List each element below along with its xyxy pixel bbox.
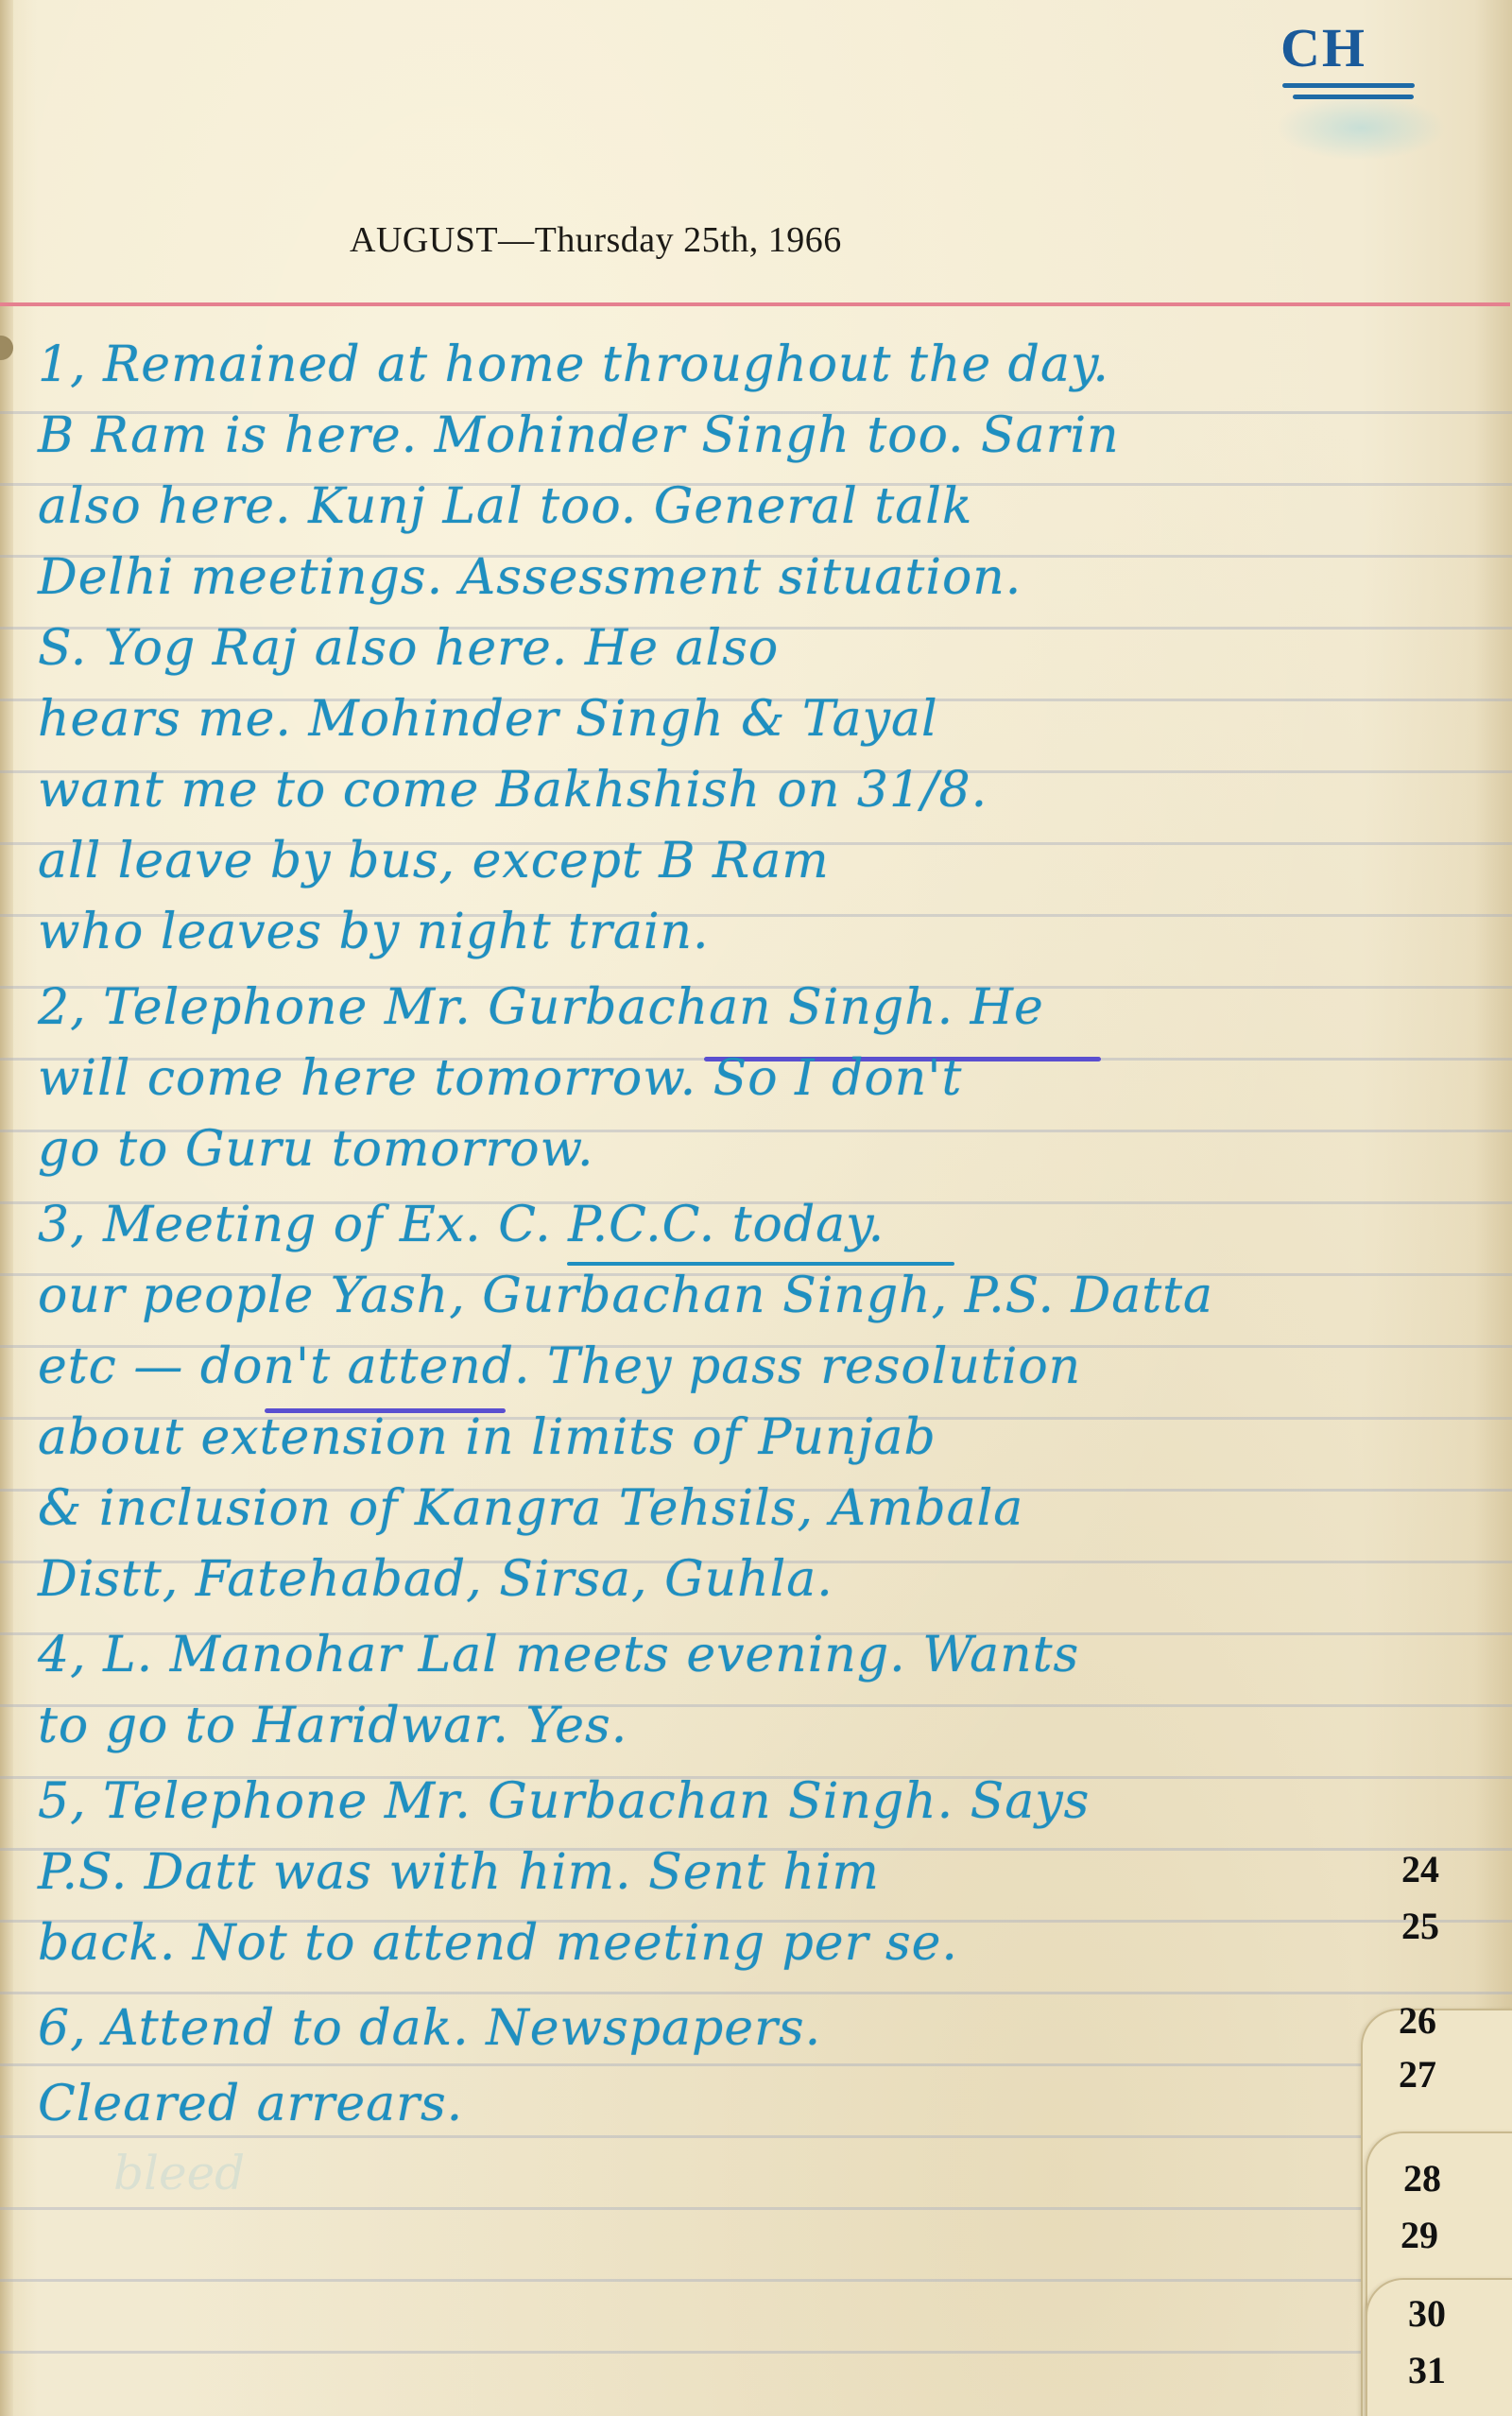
show-through-ink: bleed bbox=[113, 2146, 245, 2200]
corner-mark-underline bbox=[1282, 83, 1415, 88]
thumb-index-date[interactable]: 28 bbox=[1403, 2160, 1441, 2198]
entry-1-line: 1, Remained at home throughout the day. bbox=[38, 340, 1109, 389]
entry-1-line: Delhi meetings. Assessment situation. bbox=[38, 553, 1022, 602]
blue-underline bbox=[567, 1262, 954, 1266]
entry-5-line: P.S. Datt was with him. Sent him bbox=[38, 1848, 880, 1897]
ink-smudge bbox=[1276, 95, 1446, 161]
header-rule bbox=[0, 302, 1510, 306]
entry-5-line: back. Not to attend meeting per se. bbox=[38, 1919, 958, 1968]
thumb-index-date[interactable]: 30 bbox=[1408, 2295, 1446, 2333]
entry-6-line: Cleared arrears. bbox=[38, 2079, 463, 2129]
entry-6-line: 6, Attend to dak. Newspapers. bbox=[38, 2004, 821, 2053]
corner-mark-underline bbox=[1293, 95, 1414, 99]
ruled-line bbox=[0, 2351, 1512, 2354]
entry-3-line: etc — don't attend. They pass resolution bbox=[38, 1342, 1081, 1391]
ruled-line bbox=[0, 2135, 1512, 2138]
entry-1-line: all leave by bus, except B Ram bbox=[38, 837, 830, 886]
entry-3-line: Distt, Fatehabad, Sirsa, Guhla. bbox=[38, 1555, 833, 1604]
thumb-index-date[interactable]: 26 bbox=[1399, 2002, 1436, 2040]
ruled-line bbox=[0, 2279, 1512, 2282]
entry-3-line: 3, Meeting of Ex. C. P.C.C. today. bbox=[38, 1200, 885, 1250]
page-date-heading: AUGUST—Thursday 25th, 1966 bbox=[350, 219, 842, 261]
entry-4-line: to go to Haridwar. Yes. bbox=[38, 1701, 627, 1751]
entry-1-line: who leaves by night train. bbox=[38, 907, 710, 957]
diary-page: bleed CH AUGUST—Thursday 25th, 1966 1, R… bbox=[0, 0, 1512, 2416]
thumb-index-date[interactable]: 27 bbox=[1399, 2056, 1436, 2094]
page-binding-edge bbox=[0, 0, 13, 2416]
entry-2-line: go to Guru tomorrow. bbox=[38, 1125, 593, 1174]
entry-3-line: & inclusion of Kangra Tehsils, Ambala bbox=[38, 1484, 1023, 1533]
entry-1-line: also here. Kunj Lal too. General talk bbox=[38, 482, 972, 531]
ruled-line bbox=[0, 1992, 1512, 1994]
entry-5-line: 5, Telephone Mr. Gurbachan Singh. Says bbox=[38, 1777, 1090, 1826]
ruled-line bbox=[0, 2207, 1512, 2210]
thumb-index-date[interactable]: 25 bbox=[1401, 1907, 1439, 1945]
entry-1-line: want me to come Bakhshish on 31/8. bbox=[38, 766, 988, 815]
thumb-index-date[interactable]: 31 bbox=[1408, 2352, 1446, 2390]
entry-1-line: B Ram is here. Mohinder Singh too. Sarin bbox=[38, 411, 1120, 460]
entry-1-line: S. Yog Raj also here. He also bbox=[38, 624, 779, 673]
ruled-line bbox=[0, 2063, 1512, 2066]
entry-3-line: about extension in limits of Punjab bbox=[38, 1413, 936, 1462]
corner-initials-mark: CH bbox=[1280, 21, 1366, 76]
entry-4-line: 4, L. Manohar Lal meets evening. Wants bbox=[38, 1631, 1079, 1680]
entry-1-line: hears me. Mohinder Singh & Tayal bbox=[38, 695, 938, 744]
entry-2-line: will come here tomorrow. So I don't bbox=[38, 1054, 962, 1103]
thumb-index-date[interactable]: 29 bbox=[1400, 2217, 1438, 2254]
entry-3-line: our people Yash, Gurbachan Singh, P.S. D… bbox=[38, 1271, 1213, 1320]
entry-2-line: 2, Telephone Mr. Gurbachan Singh. He bbox=[38, 983, 1044, 1032]
thumb-index-date[interactable]: 24 bbox=[1401, 1851, 1439, 1889]
